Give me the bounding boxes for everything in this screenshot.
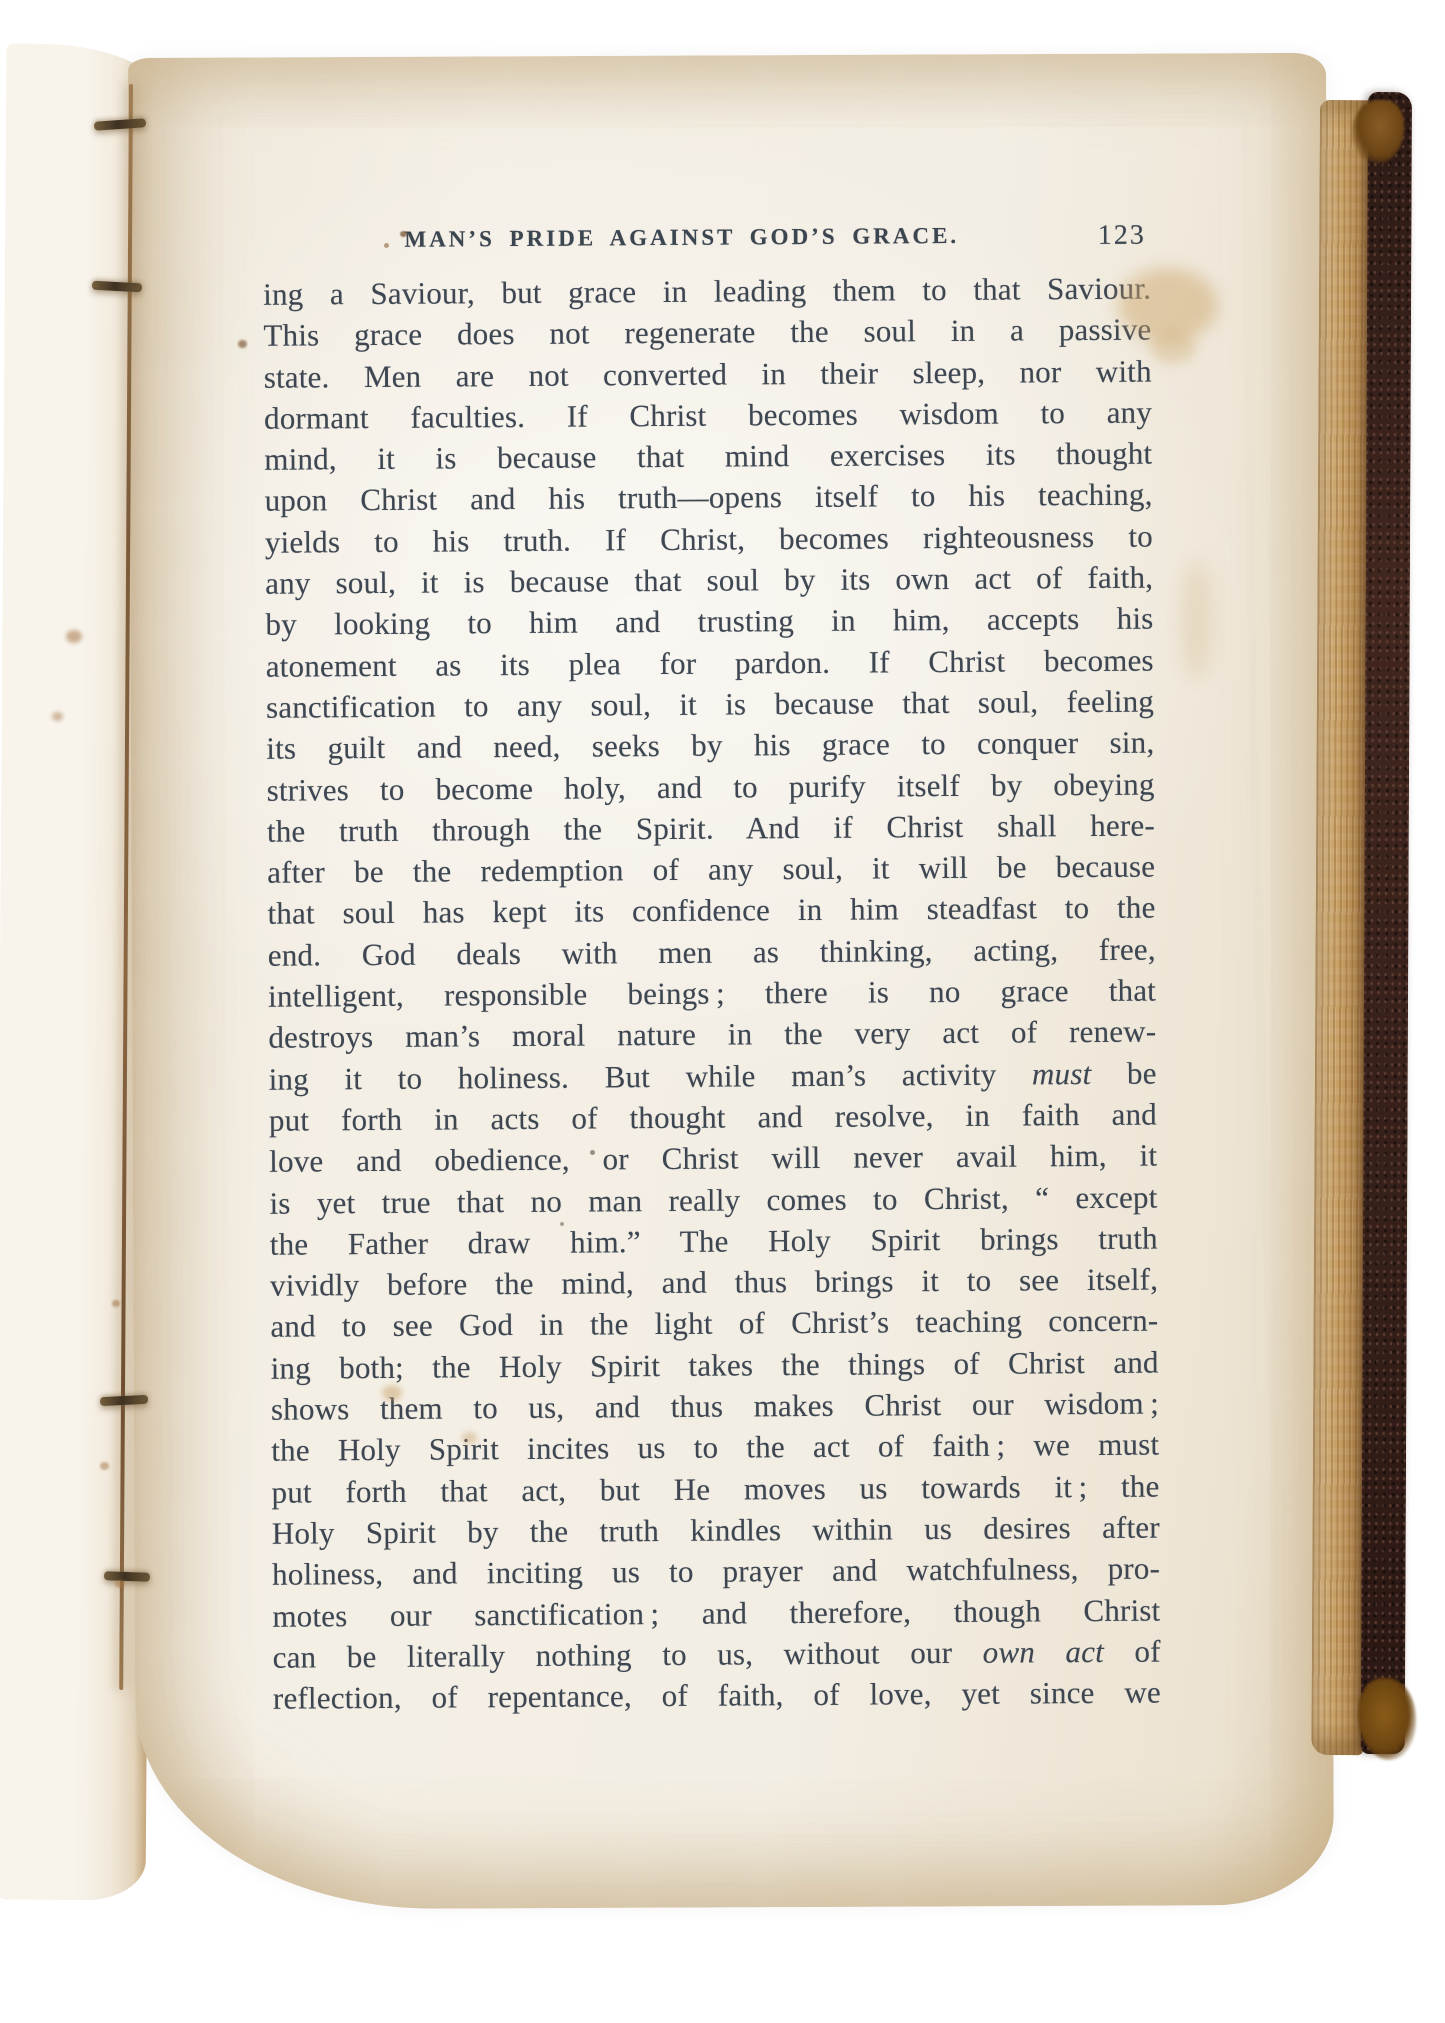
text-line: is yet true that no man really comes to … <box>269 1176 1157 1223</box>
foxing-spot <box>400 231 407 237</box>
text-line: upon Christ and his truth—opens itself t… <box>264 474 1152 521</box>
text-line: any soul, it is because that soul by its… <box>265 557 1153 604</box>
text-line: ing a Saviour, but grace in leading them… <box>263 268 1151 315</box>
text-line: can be literally nothing to us, without … <box>273 1630 1161 1677</box>
text-line: atonement as its plea for pardon. If Chr… <box>266 639 1154 686</box>
foxing-spot <box>100 1462 109 1470</box>
text-line: put forth that act, but He moves us towa… <box>271 1465 1159 1512</box>
page-number: 123 <box>1098 220 1146 252</box>
binding-stitch <box>104 1571 150 1582</box>
running-header: MAN’S PRIDE AGAINST GOD’S GRACE. 123 <box>266 222 1152 264</box>
book-cover <box>1361 92 1412 1754</box>
body-text: ing a Saviour, but grace in leading them… <box>263 268 1161 1720</box>
text-line: state. Men are not converted in their sl… <box>264 350 1152 397</box>
text-line: love and obedience, or Christ will never… <box>269 1135 1157 1182</box>
book-photo: MAN’S PRIDE AGAINST GOD’S GRACE. 123 ing… <box>0 0 1445 2023</box>
text-line: holiness, and inciting us to prayer and … <box>272 1548 1160 1595</box>
text-line: strives to become holy, and to purify it… <box>266 763 1154 810</box>
text-line: the Father draw him.” The Holy Spirit br… <box>270 1217 1158 1264</box>
text-line: put forth in acts of thought and resolve… <box>269 1093 1157 1140</box>
foxing-spot <box>1150 330 1196 364</box>
foxing-spot <box>560 1222 564 1226</box>
text-line: Holy Spirit by the truth kindles within … <box>272 1506 1160 1553</box>
text-line: destroys man’s moral nature in the very … <box>268 1011 1156 1058</box>
text-line: the truth through the Spirit. And if Chr… <box>267 804 1155 851</box>
text-line: yields to his truth. If Christ, becomes … <box>265 515 1153 562</box>
text-line: vividly before the mind, and thus brings… <box>270 1259 1158 1306</box>
text-line: dormant faculties. If Christ becomes wis… <box>264 391 1152 438</box>
foxing-spot <box>66 630 82 643</box>
text-line: mind, it is because that mind exercises … <box>264 433 1152 480</box>
foxing-spot <box>590 1150 595 1155</box>
foxing-spot <box>382 1385 402 1401</box>
text-line: ing both; the Holy Spirit takes the thin… <box>271 1341 1159 1388</box>
text-line: by looking to him and trusting in him, a… <box>265 598 1153 645</box>
text-line: after be the redemption of any soul, it … <box>267 846 1155 893</box>
foxing-spot <box>384 243 389 248</box>
text-line: ing it to holiness. But while man’s acti… <box>269 1052 1157 1099</box>
text-line: reflection, of repentance, of faith, of … <box>273 1672 1161 1719</box>
text-line: This grace does not regenerate the soul … <box>263 309 1151 356</box>
foxing-spot <box>115 1580 125 1588</box>
foxing-spot <box>238 340 247 348</box>
text-line: and to see God in the light of Christ’s … <box>270 1300 1158 1347</box>
text-line: intelligent, responsible beings ; there … <box>268 970 1156 1017</box>
foxing-spot <box>112 1300 120 1307</box>
text-line: the Holy Spirit incites us to the act of… <box>271 1424 1159 1471</box>
running-header-title: MAN’S PRIDE AGAINST GOD’S GRACE. <box>266 222 1098 254</box>
text-line: its guilt and need, seeks by his grace t… <box>266 722 1154 769</box>
text-line: sanctification to any soul, it is becaus… <box>266 681 1154 728</box>
foxing-spot <box>1180 560 1214 680</box>
foxing-spot <box>52 712 63 721</box>
text-line: end. God deals with men as thinking, act… <box>268 928 1156 975</box>
foxing-spot <box>462 1432 477 1444</box>
text-line: that soul has kept its confidence in him… <box>267 887 1155 934</box>
text-line: shows them to us, and thus makes Christ … <box>271 1383 1159 1430</box>
text-line: motes our sanctification ; and therefore… <box>272 1589 1160 1636</box>
